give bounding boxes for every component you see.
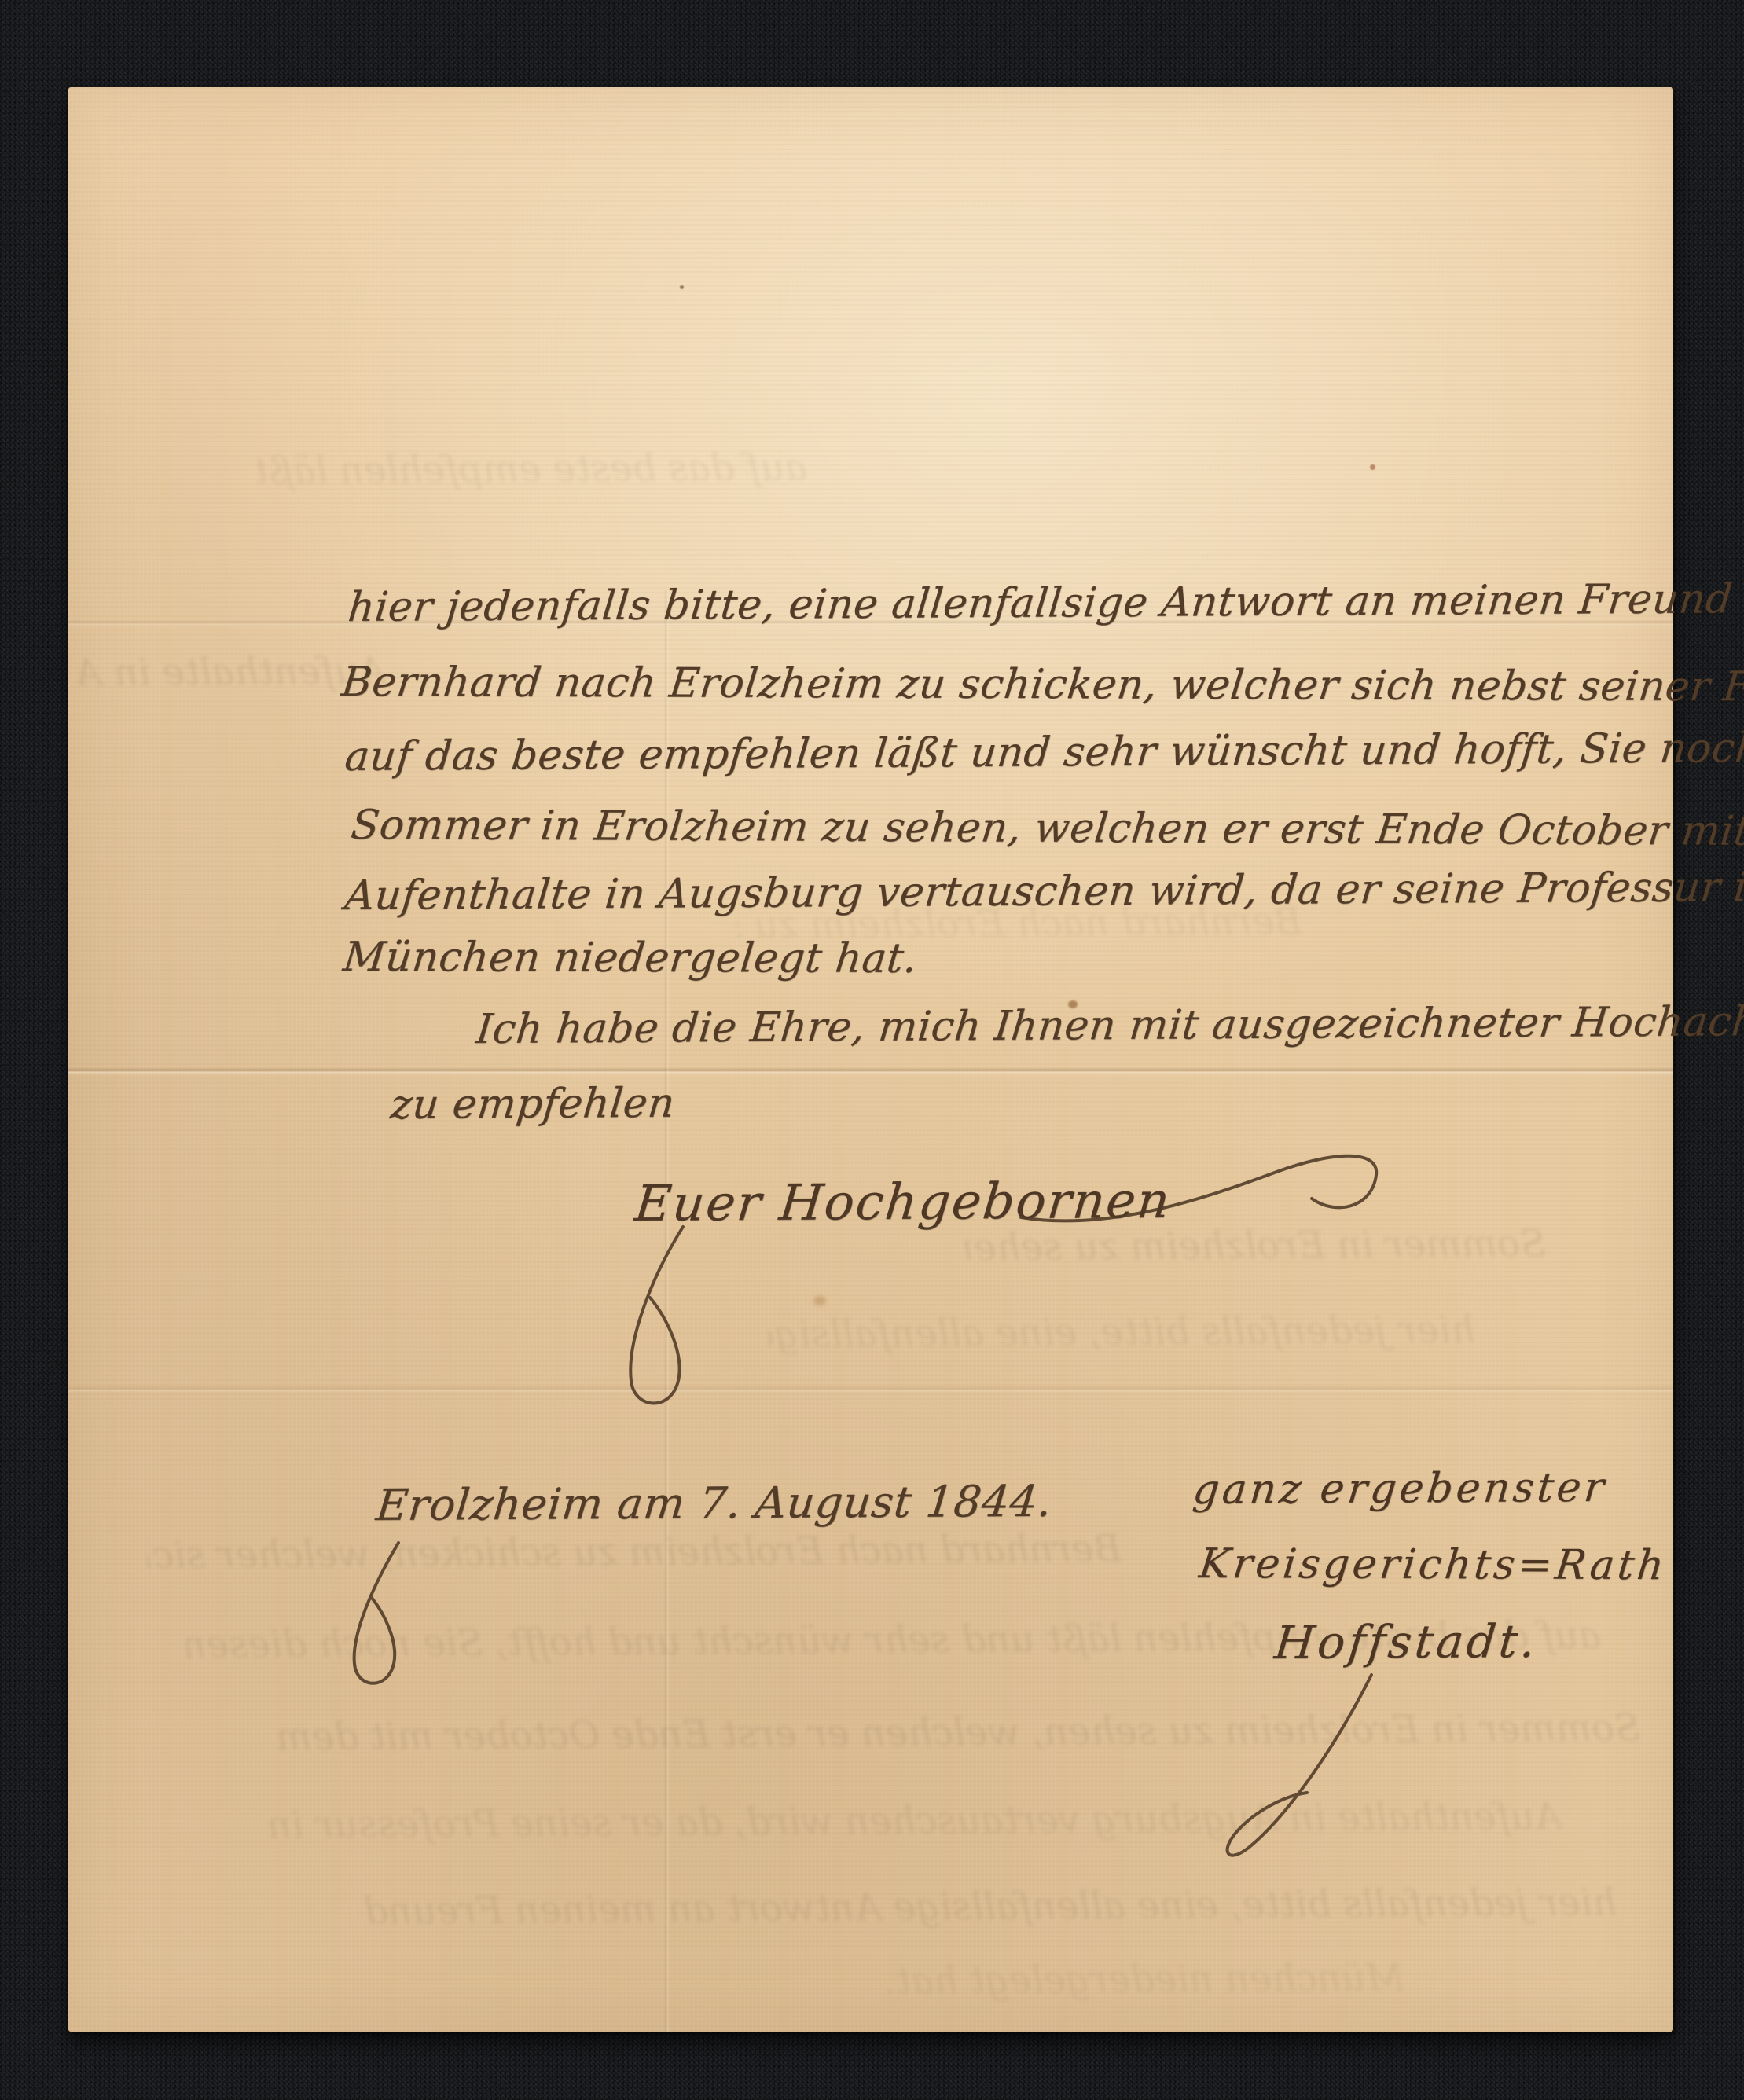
bleedthrough-line: München niedergelegt hat. <box>304 1955 1404 2012</box>
photo-backdrop-fabric: auf das beste empfehlen läßt und sehr wü… <box>0 0 1744 2100</box>
dateline: Erolzheim am 7. August 1844. <box>374 1476 1055 1530</box>
body-line-1: hier jedenfalls bitte, eine allenfallsig… <box>346 575 1735 631</box>
letter-paper: auf das beste empfehlen läßt und sehr wü… <box>68 87 1673 2032</box>
signoff-line-1: ganz ergebenster <box>1191 1464 1609 1514</box>
fold-crease-horizontal-lower <box>68 1386 1673 1393</box>
body-line-6: München niedergelegt hat. <box>341 934 920 982</box>
bleedthrough-line: Sommer in Erolzheim zu sehen, welchen er… <box>147 1705 1640 1764</box>
dateline-loop-descender <box>345 1540 416 1705</box>
fold-crease-horizontal-middle <box>68 1067 1673 1075</box>
body-line-5: Aufenthalte in Augsburg vertauschen wird… <box>343 864 1744 920</box>
closing-line-2: zu empfehlen <box>388 1080 677 1129</box>
signoff-line-2: Kreisgerichts=Rath <box>1197 1540 1669 1589</box>
closing-line-1: Ich habe die Ehre, mich Ihnen mit ausgez… <box>474 997 1744 1053</box>
bleedthrough-line: auf das beste empfehlen läßt und sehr wü… <box>257 446 807 498</box>
body-line-2: Bernhard nach Erolzheim zu schicken, wel… <box>340 659 1744 711</box>
salutation-loop-descender <box>619 1224 705 1420</box>
bleedthrough-line: Aufenthalte in Augsburg vertauschen wird… <box>226 1794 1562 1852</box>
bleedthrough-line: hier jedenfalls bitte, eine allenfallsig… <box>163 1881 1617 1940</box>
body-line-4: Sommer in Erolzheim zu sehen, welchen er… <box>349 802 1744 855</box>
paper-speck <box>1370 464 1375 470</box>
paper-stain <box>813 1296 826 1305</box>
paper-speck <box>680 285 684 289</box>
bleedthrough-line: hier jedenfalls bitte, eine allenfallsig… <box>768 1308 1475 1361</box>
signature-descender-flourish <box>1217 1672 1382 1868</box>
body-line-3: auf das beste empfehlen läßt und sehr wü… <box>343 724 1744 780</box>
salutation-line: Euer Hochgebornen <box>632 1172 1173 1232</box>
bleedthrough-line: Bernhard nach Erolzheim zu schicken, wel… <box>147 1527 1122 1583</box>
signature-name: Hoffstadt. <box>1272 1614 1541 1669</box>
